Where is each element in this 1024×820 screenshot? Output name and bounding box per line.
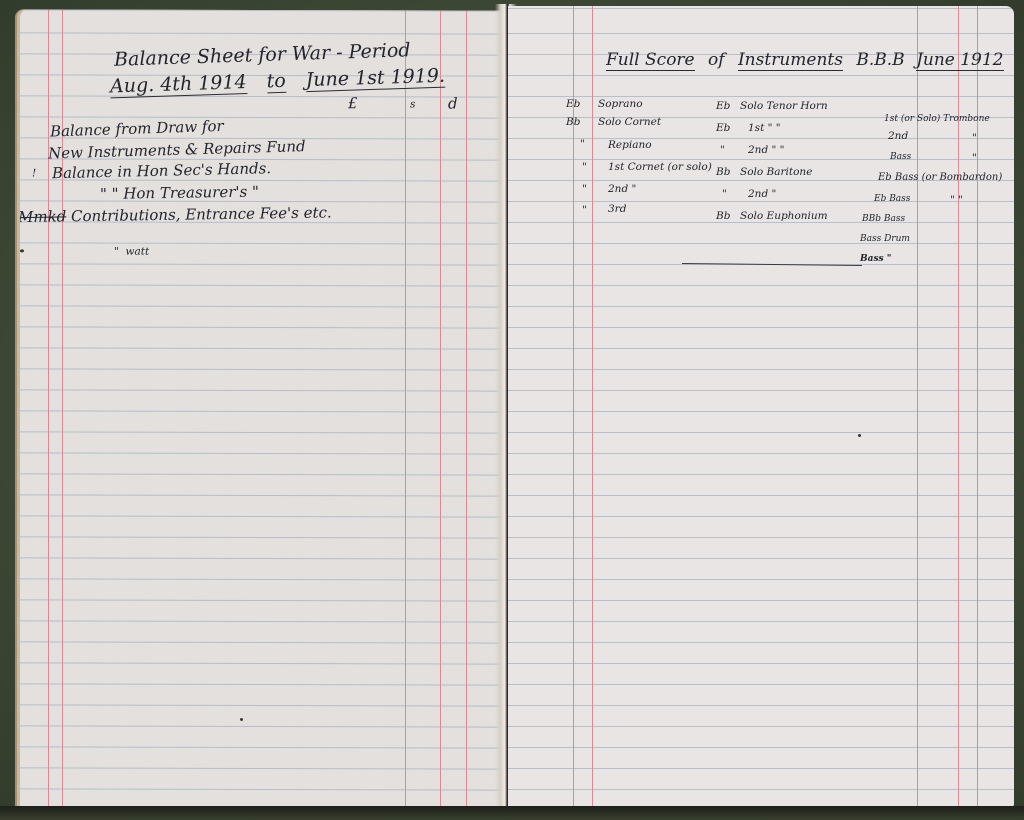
column-line <box>917 6 918 808</box>
instrument-name: 3rd <box>608 203 626 215</box>
instrument-name: Solo Cornet <box>598 116 661 128</box>
ditto-mark: " " <box>950 194 963 206</box>
ink-spot <box>858 434 861 437</box>
ledger-right-page: Full Score of Instruments B.B.B June 191… <box>508 6 1014 808</box>
pitch-key: Eb <box>566 98 580 110</box>
instrument-name: Solo Tenor Horn <box>740 100 828 112</box>
balance-sheet-title-line-2: Aug. 4th 1914 to June 1st 1919. <box>110 65 446 98</box>
instrument-name: Eb Bass <box>874 194 910 204</box>
pitch-key: Eb <box>716 100 730 112</box>
instrument-name: Bass <box>890 152 911 162</box>
shillings-column-line <box>440 10 441 810</box>
instrument-name: Bass Drum <box>860 234 910 244</box>
instrument-name: 1st Cornet (or solo) <box>608 161 712 173</box>
ledger-left-page: Balance Sheet for War - Period Aug. 4th … <box>20 9 508 810</box>
full-score-title: Full Score of Instruments B.B.B June 191… <box>606 50 1004 70</box>
margin-exclamation-mark: ! <box>32 167 36 179</box>
column-line <box>977 6 978 808</box>
ditto-mark: " <box>722 188 727 200</box>
shillings-header: s <box>410 98 415 110</box>
margin-line <box>592 6 593 808</box>
column-line <box>958 6 959 808</box>
instrument-name: Solo Euphonium <box>740 210 828 222</box>
instrument-name: 2nd " " <box>748 144 785 156</box>
entry-hon-treasurer: " " Hon Treasurer's " <box>100 183 259 203</box>
title-of: of <box>708 50 725 70</box>
period-end-date: June 1st 1919. <box>305 65 445 92</box>
entry-contributions: Mmkd Contributions, Entrance Fee's etc. <box>20 203 332 226</box>
to-word: to <box>266 70 286 94</box>
stray-note: " watt <box>114 246 149 258</box>
period-start-date: Aug. 4th 1914 <box>110 71 247 98</box>
pitch-key: Bb <box>716 166 730 178</box>
title-instruments: Instruments <box>738 50 843 71</box>
pitch-key: Eb <box>716 122 730 134</box>
ditto-mark: " <box>972 152 977 164</box>
instrument-name: 1st (or Solo) Trombone <box>884 114 990 124</box>
ditto-mark: " <box>720 144 725 156</box>
title-band-initials: B.B.B <box>856 50 904 70</box>
title-date: June 1912 <box>916 50 1003 71</box>
ditto-mark: " <box>972 132 977 144</box>
closing-rule-line <box>682 263 862 266</box>
pence-header: d <box>448 94 458 112</box>
instrument-name: Repiano <box>608 139 652 151</box>
title-full-score: Full Score <box>606 50 695 71</box>
instrument-name: 2nd " <box>608 183 636 195</box>
instrument-name: Bass " <box>860 254 891 264</box>
instrument-name: 2nd <box>888 130 908 142</box>
ditto-mark: " <box>580 138 585 150</box>
struck-out-prefix: Mmkd <box>20 207 66 226</box>
instrument-name: Eb Bass (or Bombardon) <box>878 172 1002 183</box>
instrument-name: Solo Baritone <box>740 166 812 178</box>
pence-column-line <box>466 11 467 811</box>
pounds-column-line <box>405 10 406 810</box>
pounds-header: £ <box>348 94 358 112</box>
instrument-name: BBb Bass <box>862 214 905 224</box>
ditto-mark: " <box>582 161 587 173</box>
pitch-key: Bb <box>566 116 580 128</box>
ink-spot <box>20 249 24 252</box>
ditto-mark: " <box>582 183 587 195</box>
balance-sheet-title-line-1: Balance Sheet for War - Period <box>114 39 411 71</box>
table-shadow <box>0 806 1024 820</box>
entry-hon-sec-hands: Balance in Hon Sec's Hands. <box>52 159 271 182</box>
instrument-name: Soprano <box>598 98 643 110</box>
pitch-key: Bb <box>716 210 730 222</box>
instrument-name: 2nd " <box>748 188 776 200</box>
instrument-name: 1st " " <box>748 122 781 134</box>
ditto-mark: " <box>582 204 587 216</box>
entry-balance-from-draw: Balance from Draw for <box>50 117 224 141</box>
contributions-label: Contributions, Entrance Fee's etc. <box>71 203 332 225</box>
ink-spot <box>240 718 243 721</box>
